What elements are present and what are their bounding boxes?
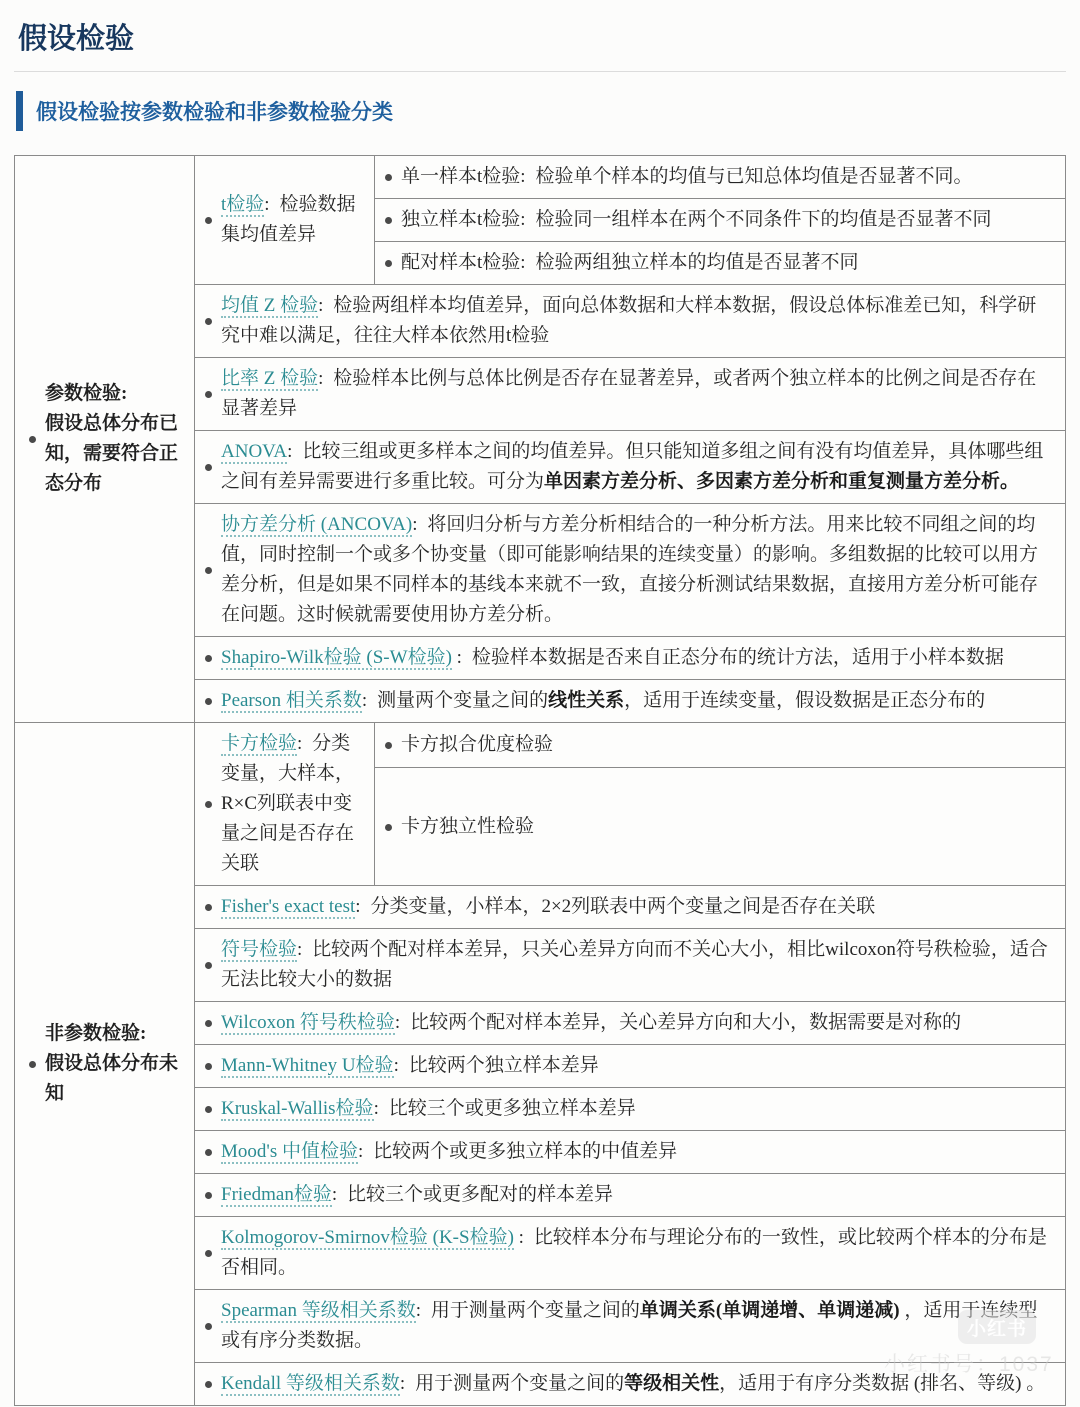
moods-median-cell: Mood's 中值检验:比较两个或更多独立样本的中值差异: [195, 1131, 1066, 1174]
mann-whitney-link[interactable]: Mann-Whitney U检验: [221, 1055, 394, 1078]
bullet-icon: [29, 1061, 36, 1068]
spearman-cell: Spearman 等级相关系数:用于测量两个变量之间的单调关系(单调递增、单调递…: [195, 1290, 1066, 1363]
anova-cell: ANOVA:比较三组或更多样本之间的均值差异。但只能知道多组之间有没有均值差异，…: [195, 431, 1066, 504]
bullet-icon: [385, 217, 392, 224]
bullet-icon: [205, 1381, 212, 1388]
bullet-icon: [385, 742, 392, 749]
notes-page: 假设检验 假设检验按参数检验和非参数检验分类 参数检验: 假设总体分布已知，需要…: [0, 0, 1080, 1406]
subrow-label: 单一样本t检验: [401, 166, 520, 187]
kendall-link[interactable]: Kendall 等级相关系数: [221, 1373, 400, 1396]
table-row: 非参数检验: 假设总体分布未知 卡方检验:分类变量，大样本，R×C列联表中变量之…: [15, 723, 1066, 768]
bullet-icon: [205, 318, 212, 325]
sign-test-cell: 符号检验:比较两个配对样本差异，只关心差异方向而不关心大小，相比wilcoxon…: [195, 929, 1066, 1002]
bullet-icon: [205, 217, 212, 224]
category-cell-nonparametric: 非参数检验: 假设总体分布未知: [15, 723, 195, 1406]
bullet-icon: [205, 391, 212, 398]
kruskal-wallis-cell: Kruskal-Wallis检验:比较三个或更多独立样本差异: [195, 1088, 1066, 1131]
bullet-icon: [29, 436, 36, 443]
category-cell-parametric: 参数检验: 假设总体分布已知，需要符合正态分布: [15, 156, 195, 723]
title-divider: [14, 71, 1066, 72]
chi-goodness-of-fit-cell: 卡方拟合优度检验: [375, 723, 1066, 768]
bullet-icon: [205, 567, 212, 574]
bullet-icon: [385, 824, 392, 831]
bullet-icon: [205, 1250, 212, 1257]
section-heading-text: 假设检验按参数检验和非参数检验分类: [36, 96, 393, 126]
kruskal-wallis-link[interactable]: Kruskal-Wallis检验: [221, 1098, 374, 1121]
bullet-icon: [205, 1020, 212, 1027]
mann-whitney-cell: Mann-Whitney U检验:比较两个独立样本差异: [195, 1045, 1066, 1088]
shapiro-wilk-link[interactable]: Shapiro-Wilk检验 (S-W检验): [221, 647, 452, 670]
chi-independence-cell: 卡方独立性检验: [375, 768, 1066, 886]
bullet-icon: [205, 1106, 212, 1113]
category-title: 参数检验:: [45, 379, 184, 409]
category-desc: 假设总体分布未知: [45, 1049, 184, 1109]
bullet-icon: [385, 260, 392, 267]
bullet-icon: [205, 1192, 212, 1199]
kendall-cell: Kendall 等级相关系数:用于测量两个变量之间的等级相关性，适用于有序分类数…: [195, 1363, 1066, 1406]
table-row: 参数检验: 假设总体分布已知，需要符合正态分布 t检验:检验数据集均值差异 单一…: [15, 156, 1066, 199]
subrow-label: 配对样本t检验: [401, 252, 520, 273]
chi-square-link[interactable]: 卡方检验: [221, 733, 297, 756]
independent-t-test-cell: 独立样本t检验:检验同一组样本在两个不同条件下的均值是否显著不同: [375, 199, 1066, 242]
friedman-cell: Friedman检验:比较三个或更多配对的样本差异: [195, 1174, 1066, 1217]
chi-square-group-cell: 卡方检验:分类变量，大样本，R×C列联表中变量之间是否存在关联: [195, 723, 375, 886]
bullet-icon: [385, 174, 392, 181]
category-desc: 假设总体分布已知，需要符合正态分布: [45, 409, 184, 499]
subrow-desc: 检验两组独立样本的均值是否显著不同: [535, 252, 858, 273]
fisher-exact-link[interactable]: Fisher's exact test: [221, 896, 355, 919]
bullet-icon: [205, 962, 212, 969]
moods-median-link[interactable]: Mood's 中值检验: [221, 1141, 358, 1164]
mean-z-test-cell: 均值 Z 检验:检验两组样本均值差异，面向总体数据和大样本数据，假设总体标准差已…: [195, 285, 1066, 358]
bullet-icon: [205, 1149, 212, 1156]
classification-table: 参数检验: 假设总体分布已知，需要符合正态分布 t检验:检验数据集均值差异 单一…: [14, 155, 1066, 1406]
bullet-icon: [205, 801, 212, 808]
category-title: 非参数检验:: [45, 1019, 184, 1049]
subrow-label: 卡方拟合优度检验: [401, 734, 553, 755]
bullet-icon: [205, 1323, 212, 1330]
pearson-link[interactable]: Pearson 相关系数: [221, 690, 362, 713]
sign-test-link[interactable]: 符号检验: [221, 939, 297, 962]
bullet-icon: [205, 1063, 212, 1070]
ancova-link[interactable]: 协方差分析 (ANCOVA): [221, 514, 412, 537]
shapiro-wilk-cell: Shapiro-Wilk检验 (S-W检验) :检验样本数据是否来自正态分布的统…: [195, 637, 1066, 680]
page-title: 假设检验: [14, 20, 1066, 58]
bullet-icon: [205, 655, 212, 662]
spearman-link[interactable]: Spearman 等级相关系数: [221, 1300, 416, 1323]
t-test-group-cell: t检验:检验数据集均值差异: [195, 156, 375, 285]
ratio-z-test-cell: 比率 Z 检验:检验样本比例与总体比例是否存在显著差异，或者两个独立样本的比例之…: [195, 358, 1066, 431]
fisher-exact-cell: Fisher's exact test:分类变量，小样本，2×2列联表中两个变量…: [195, 886, 1066, 929]
mean-z-test-link[interactable]: 均值 Z 检验: [221, 295, 318, 318]
friedman-link[interactable]: Friedman检验: [221, 1184, 332, 1207]
bullet-icon: [205, 698, 212, 705]
anova-link[interactable]: ANOVA: [221, 441, 287, 464]
section-heading-bar: [16, 91, 23, 131]
ancova-cell: 协方差分析 (ANCOVA):将回归分析与方差分析相结合的一种分析方法。用来比较…: [195, 504, 1066, 637]
section-heading: 假设检验按参数检验和非参数检验分类: [14, 91, 1066, 131]
pearson-cell: Pearson 相关系数:测量两个变量之间的线性关系，适用于连续变量，假设数据是…: [195, 680, 1066, 723]
one-sample-t-test-cell: 单一样本t检验:检验单个样本的均值与已知总体均值是否显著不同。: [375, 156, 1066, 199]
subrow-desc: 检验同一组样本在两个不同条件下的均值是否显著不同: [535, 209, 991, 230]
subrow-label: 独立样本t检验: [401, 209, 520, 230]
bullet-icon: [205, 464, 212, 471]
t-test-link[interactable]: t检验: [221, 194, 264, 217]
ks-test-link[interactable]: Kolmogorov-Smirnov检验 (K-S检验): [221, 1227, 514, 1250]
ks-test-cell: Kolmogorov-Smirnov检验 (K-S检验) :比较样本分布与理论分…: [195, 1217, 1066, 1290]
subrow-desc: 检验单个样本的均值与已知总体均值是否显著不同。: [535, 166, 972, 187]
ratio-z-test-link[interactable]: 比率 Z 检验: [221, 368, 318, 391]
paired-t-test-cell: 配对样本t检验:检验两组独立样本的均值是否显著不同: [375, 242, 1066, 285]
subrow-label: 卡方独立性检验: [401, 816, 534, 837]
bullet-icon: [205, 904, 212, 911]
wilcoxon-link[interactable]: Wilcoxon 符号秩检验: [221, 1012, 395, 1035]
wilcoxon-cell: Wilcoxon 符号秩检验:比较两个配对样本差异，关心差异方向和大小，数据需要…: [195, 1002, 1066, 1045]
